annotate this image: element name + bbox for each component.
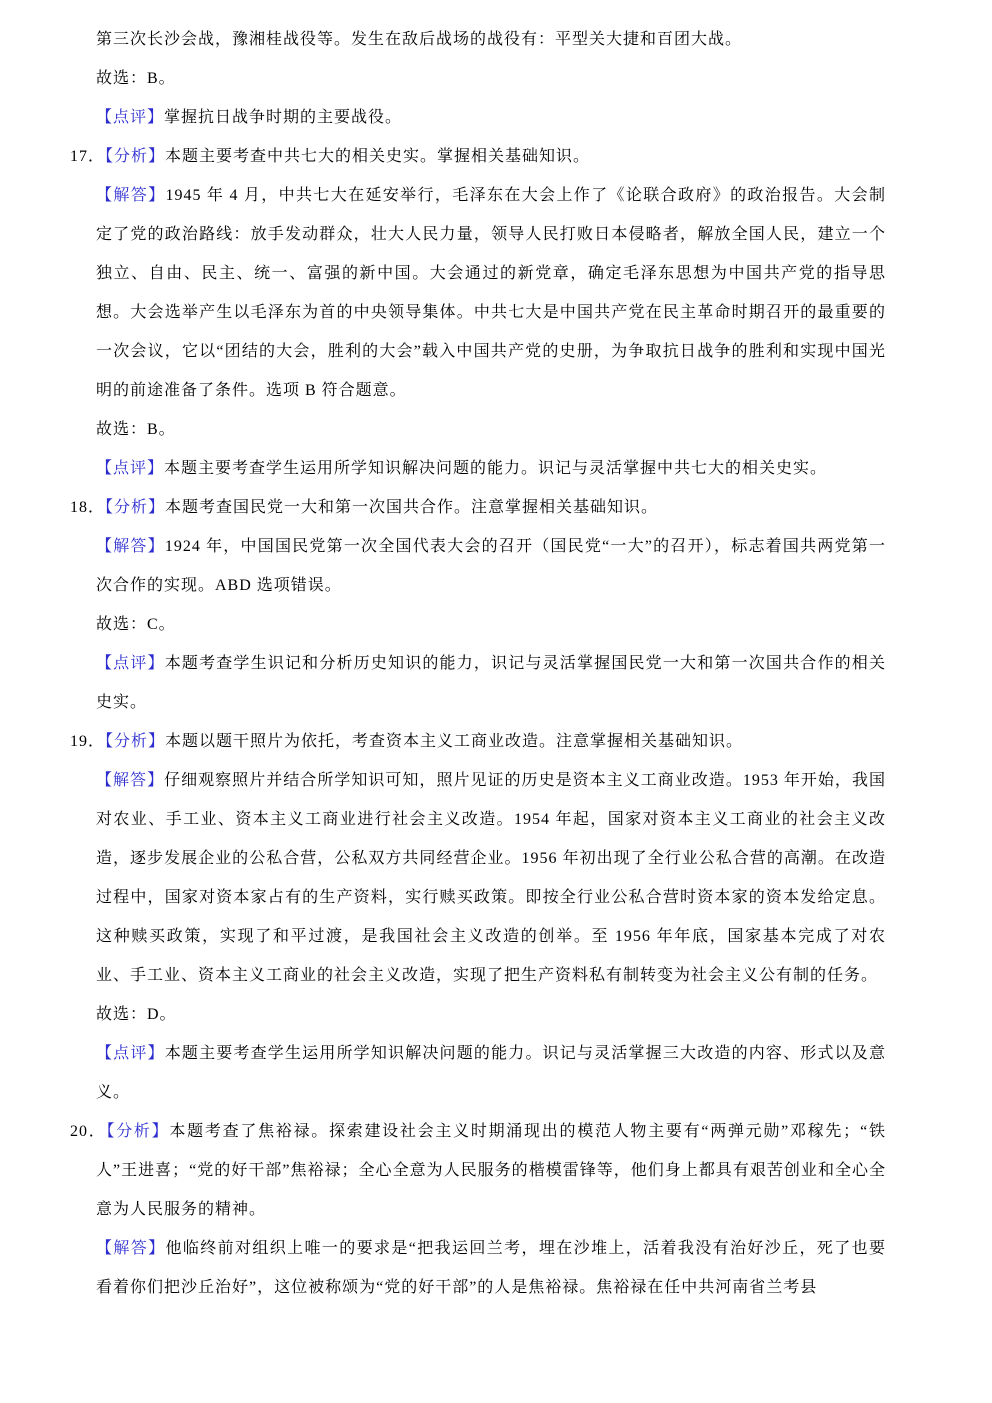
paragraph-text: 1945 年 4 月，中共七大在延安举行，毛泽东在大会上作了《论联合政府》的政治…: [96, 187, 886, 399]
paragraph-text: 掌握抗日战争时期的主要战役。: [164, 109, 402, 126]
paragraph: 【点评】本题主要考查学生运用所学知识解决问题的能力。识记与灵活掌握中共七大的相关…: [96, 449, 886, 488]
paragraph: 故选：B。: [96, 410, 886, 449]
paragraph: 故选：D。: [96, 995, 886, 1034]
paragraph: 【点评】本题主要考查学生运用所学知识解决问题的能力。识记与灵活掌握三大改造的内容…: [96, 1034, 886, 1112]
item-number: 19．: [70, 733, 105, 750]
paragraph-tag: 【分析】: [105, 148, 165, 165]
answer-item: 20．【分析】本题考查了焦裕禄。探索建设社会主义时期涌现出的模范人物主要有“两弹…: [96, 1112, 886, 1307]
paragraph: 19．【分析】本题以题干照片为依托，考查资本主义工商业改造。注意掌握相关基础知识…: [96, 722, 886, 761]
paragraph: 【点评】掌握抗日战争时期的主要战役。: [96, 98, 886, 137]
paragraph-text: 故选：B。: [96, 70, 176, 87]
paragraph: 【解答】他临终前对组织上唯一的要求是“把我运回兰考，埋在沙堆上，活着我没有治好沙…: [96, 1229, 886, 1307]
item-number: 17．: [70, 148, 105, 165]
paragraph-tag: 【点评】: [96, 460, 164, 477]
paragraph: 【点评】本题考查学生识记和分析历史知识的能力，识记与灵活掌握国民党一大和第一次国…: [96, 644, 886, 722]
paragraph: 第三次长沙会战，豫湘桂战役等。发生在敌后战场的战役有：平型关大捷和百团大战。: [96, 20, 886, 59]
paragraph-text: 本题考查国民党一大和第一次国共合作。注意掌握相关基础知识。: [165, 499, 658, 516]
item-number: 20．: [70, 1123, 106, 1140]
paragraph-tag: 【解答】: [96, 1240, 166, 1257]
paragraph-tag: 【点评】: [96, 109, 164, 126]
paragraph-text: 本题考查了焦裕禄。探索建设社会主义时期涌现出的模范人物主要有“两弹元勋”邓稼先；…: [96, 1123, 886, 1218]
paragraph-text: 故选：B。: [96, 421, 176, 438]
paragraph-text: 他临终前对组织上唯一的要求是“把我运回兰考，埋在沙堆上，活着我没有治好沙丘，死了…: [96, 1240, 886, 1296]
paragraph: 故选：C。: [96, 605, 886, 644]
paragraph-tag: 【点评】: [96, 1045, 165, 1062]
paragraph: 20．【分析】本题考查了焦裕禄。探索建设社会主义时期涌现出的模范人物主要有“两弹…: [96, 1112, 886, 1229]
paragraph-tag: 【解答】: [96, 187, 165, 204]
paragraph-tag: 【分析】: [105, 499, 165, 516]
paragraph-text: 故选：C。: [96, 616, 176, 633]
document-page: 第三次长沙会战，豫湘桂战役等。发生在敌后战场的战役有：平型关大捷和百团大战。故选…: [0, 0, 992, 1403]
paragraph-text: 本题以题干照片为依托，考查资本主义工商业改造。注意掌握相关基础知识。: [165, 733, 743, 750]
paragraph-text: 故选：D。: [96, 1006, 177, 1023]
paragraph-text: 本题考查学生识记和分析历史知识的能力，识记与灵活掌握国民党一大和第一次国共合作的…: [96, 655, 886, 711]
paragraph-tag: 【解答】: [96, 538, 165, 555]
answer-item: 第三次长沙会战，豫湘桂战役等。发生在敌后战场的战役有：平型关大捷和百团大战。故选…: [96, 20, 886, 137]
paragraph-text: 本题主要考查中共七大的相关史实。掌握相关基础知识。: [165, 148, 590, 165]
paragraph: 18．【分析】本题考查国民党一大和第一次国共合作。注意掌握相关基础知识。: [96, 488, 886, 527]
answer-item: 17．【分析】本题主要考查中共七大的相关史实。掌握相关基础知识。【解答】1945…: [96, 137, 886, 488]
paragraph-text: 1924 年，中国国民党第一次全国代表大会的召开（国民党“一大”的召开），标志着…: [96, 538, 886, 594]
paragraph-text: 第三次长沙会战，豫湘桂战役等。发生在敌后战场的战役有：平型关大捷和百团大战。: [96, 31, 742, 48]
answer-item: 18．【分析】本题考查国民党一大和第一次国共合作。注意掌握相关基础知识。【解答】…: [96, 488, 886, 722]
paragraph: 【解答】1924 年，中国国民党第一次全国代表大会的召开（国民党“一大”的召开）…: [96, 527, 886, 605]
paragraph-tag: 【分析】: [105, 733, 165, 750]
paragraph-tag: 【点评】: [96, 655, 165, 672]
paragraph-tag: 【解答】: [96, 772, 164, 789]
item-number: 18．: [70, 499, 105, 516]
paragraph-tag: 【分析】: [106, 1123, 169, 1140]
paragraph: 故选：B。: [96, 59, 886, 98]
paragraph-text: 本题主要考查学生运用所学知识解决问题的能力。识记与灵活掌握中共七大的相关史实。: [164, 460, 827, 477]
paragraph: 【解答】1945 年 4 月，中共七大在延安举行，毛泽东在大会上作了《论联合政府…: [96, 176, 886, 410]
answer-item: 19．【分析】本题以题干照片为依托，考查资本主义工商业改造。注意掌握相关基础知识…: [96, 722, 886, 1112]
answers-content: 第三次长沙会战，豫湘桂战役等。发生在敌后战场的战役有：平型关大捷和百团大战。故选…: [96, 20, 886, 1307]
paragraph: 17．【分析】本题主要考查中共七大的相关史实。掌握相关基础知识。: [96, 137, 886, 176]
paragraph-text: 本题主要考查学生运用所学知识解决问题的能力。识记与灵活掌握三大改造的内容、形式以…: [96, 1045, 886, 1101]
paragraph: 【解答】仔细观察照片并结合所学知识可知，照片见证的历史是资本主义工商业改造。19…: [96, 761, 886, 995]
paragraph-text: 仔细观察照片并结合所学知识可知，照片见证的历史是资本主义工商业改造。1953 年…: [96, 772, 886, 984]
